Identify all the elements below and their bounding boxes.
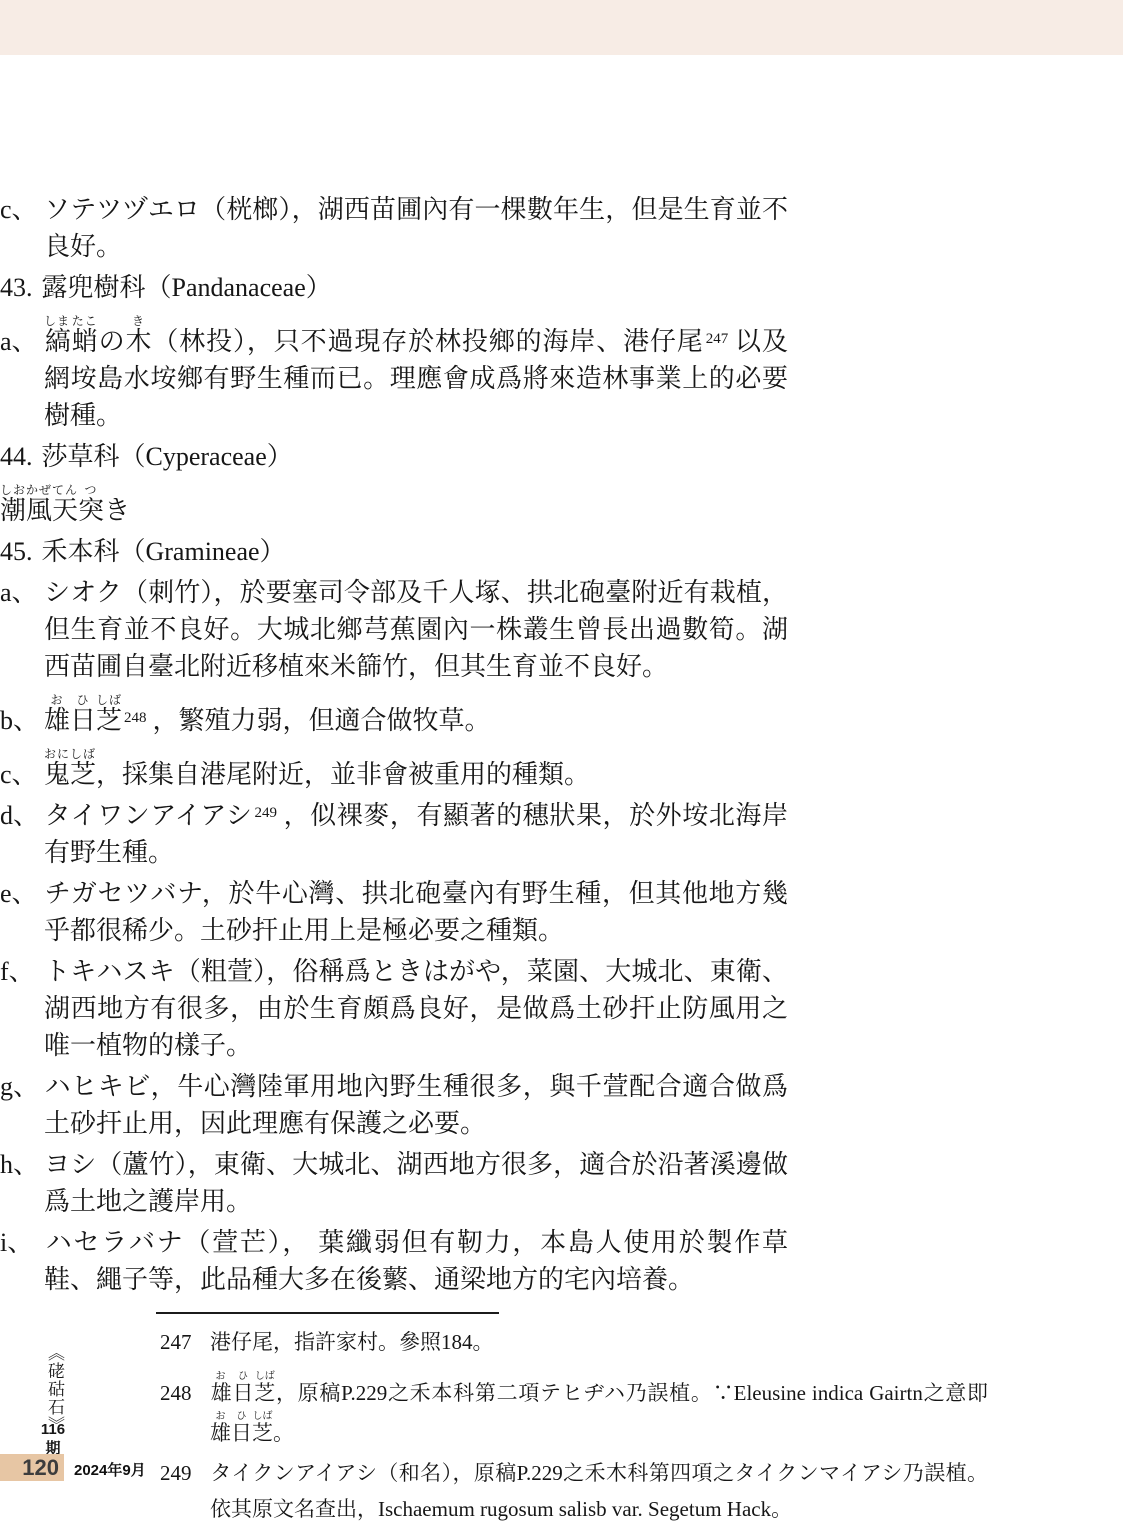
family-heading: 44.莎草科（Cyperaceae） — [0, 438, 1123, 475]
taxon-item: a、シオク（刺竹），於要塞司令部及千人塚、拱北砲臺附近有栽植，但生育並不良好。大… — [0, 574, 788, 685]
item-marker: i、 — [0, 1224, 44, 1261]
text-run: ，原稿P.229之禾本科第二項テヒヂハ乃誤植。∵Eleusine indica … — [276, 1381, 988, 1405]
ruby-annotation: しば — [70, 747, 96, 761]
text-run: ，採集自港尾附近，並非會被重用的種類。 — [96, 760, 590, 789]
item-marker: c、 — [0, 756, 44, 793]
ruby-annotation: ひ — [232, 1371, 253, 1382]
text-run: ソテツヅエロ（桄榔），湖西苗圃內有一棵數年生，但是生育並不良好。 — [44, 195, 788, 261]
text-run: 。 — [273, 1421, 294, 1445]
item-marker: f、 — [0, 953, 44, 990]
text-run: タイクンアイアシ（和名），原稿P.229之禾木科第四項之タイクンマイアシ乃誤植。… — [210, 1461, 988, 1521]
ruby-word: 雄お — [44, 706, 70, 735]
text-run: ハヒキビ，牛心灣陸軍用地內野生種很多，與千萱配合適合做爲土砂扞止用，因此理應有保… — [44, 1072, 788, 1138]
footnote-number: 249 — [160, 1455, 210, 1491]
ruby-annotation: しま — [44, 314, 70, 328]
text-run: ，繁殖力弱，但適合做牧草。 — [153, 706, 491, 735]
ruby-annotation: お — [210, 1371, 231, 1382]
taxon-item: e、チガセツバナ，於牛心灣、拱北砲臺內有野生種，但其他地方幾乎都很稀少。土砂扞止… — [0, 875, 788, 949]
ruby-word: 風かぜ — [26, 496, 52, 525]
text-run: 露兜樹科（Pandanaceae） — [42, 273, 332, 302]
item-marker: a、 — [0, 323, 44, 360]
taxon-item: d、タイワンアイアシ249，似裸麥，有顯著的穗狀果，於外垵北海岸有野生種。 — [0, 797, 788, 871]
ruby-annotation: おに — [44, 747, 70, 761]
item-marker: a、 — [0, 574, 44, 611]
ruby-word: 芝しば — [70, 760, 96, 789]
taxon-item: a、縞しま蛸たこの木き（林投），只不過現存於林投鄉的海岸、港仔尾247以及網垵島… — [0, 310, 788, 434]
ruby-annotation: たこ — [72, 314, 98, 328]
text-run: の — [99, 327, 126, 356]
footnote: 247港仔尾，指許家村。參照184。 — [160, 1324, 988, 1360]
ruby-annotation: つ — [78, 483, 104, 497]
taxon-item: i、ハセラバナ（萱芒）， 葉纖弱但有靭力，本島人使用於製作草鞋、繩子等，此品種大… — [0, 1224, 788, 1298]
ruby-word: 鬼おに — [44, 760, 70, 789]
item-marker: b、 — [0, 702, 44, 739]
footnote-separator — [156, 1312, 499, 1314]
family-heading: 43.露兜樹科（Pandanaceae） — [0, 269, 1123, 306]
decorative-header-band — [0, 0, 1123, 55]
item-marker: 44. — [0, 442, 33, 471]
ruby-word: 雄お — [210, 1381, 232, 1405]
ruby-word: 天てん — [52, 496, 78, 525]
page-number-badge: 120 — [0, 1454, 64, 1481]
ruby-word: 縞しま — [44, 327, 72, 356]
text-run: タイワンアイアシ — [44, 801, 253, 830]
text-run: トキハスキ（粗萱），俗稱爲ときはがや，菜園、大城北、東衛、湖西地方有很多，由於生… — [44, 957, 788, 1060]
page-body: c、ソテツヅエロ（桄榔），湖西苗圃內有一棵數年生，但是生育並不良好。43.露兜樹… — [0, 55, 1123, 1527]
ruby-word: 日ひ — [232, 1381, 254, 1405]
ruby-word: 芝しば — [252, 1421, 273, 1445]
ruby-annotation: ひ — [70, 693, 96, 707]
ruby-word: 日ひ — [231, 1421, 252, 1445]
ruby-word: 芝しば — [254, 1381, 276, 1405]
text-run: き — [104, 496, 130, 525]
ruby-word: 芝しば — [96, 706, 122, 735]
ruby-annotation: お — [44, 693, 70, 707]
footnote-ref: 248 — [124, 710, 147, 726]
ruby-annotation: しば — [252, 1411, 273, 1422]
taxon-item: b、雄お日ひ芝しば248，繁殖力弱，但適合做牧草。 — [0, 689, 788, 739]
taxon-item: 潮しお風かぜ天てん突つき — [0, 479, 1123, 529]
text-run: ハセラバナ（萱芒）， 葉纖弱但有靭力，本島人使用於製作草鞋、繩子等，此品種大多在… — [44, 1228, 788, 1294]
main-text: c、ソテツヅエロ（桄榔），湖西苗圃內有一棵數年生，但是生育並不良好。43.露兜樹… — [0, 55, 1123, 1298]
text-run: シオク（刺竹），於要塞司令部及千人塚、拱北砲臺附近有栽植，但生育並不良好。大城北… — [44, 578, 788, 681]
item-marker: h、 — [0, 1146, 44, 1183]
taxon-item: c、鬼おに芝しば，採集自港尾附近，並非會被重用的種類。 — [0, 743, 788, 793]
family-heading: 45.禾本科（Gramineae） — [0, 533, 1123, 570]
ruby-word: 日ひ — [70, 706, 96, 735]
footnote: 249タイクンアイアシ（和名），原稿P.229之禾木科第四項之タイクンマイアシ乃… — [160, 1455, 988, 1527]
ruby-annotation: しば — [96, 693, 122, 707]
text-run: 港仔尾，指許家村。參照184。 — [210, 1330, 494, 1354]
taxon-item: f、トキハスキ（粗萱），俗稱爲ときはがや，菜園、大城北、東衛、湖西地方有很多，由… — [0, 953, 788, 1064]
footnote: 248雄お日ひ芝しば，原稿P.229之禾本科第二項テヒヂハ乃誤植。∵Eleusi… — [160, 1364, 988, 1451]
item-marker: 45. — [0, 537, 33, 566]
ruby-word: 潮しお — [0, 496, 26, 525]
item-marker: g、 — [0, 1068, 44, 1105]
text-run: ヨシ（蘆竹），東衛、大城北、湖西地方很多，適合於沿著溪邊做爲土地之護岸用。 — [44, 1150, 788, 1216]
text-run: 莎草科（Cyperaceae） — [42, 442, 293, 471]
footnotes: 247港仔尾，指許家村。參照184。248雄お日ひ芝しば，原稿P.229之禾本科… — [0, 1324, 1123, 1527]
ruby-word: 突つ — [78, 496, 104, 525]
footnote-ref: 247 — [706, 331, 729, 347]
footnote-ref: 249 — [255, 805, 278, 821]
taxon-item: g、ハヒキビ，牛心灣陸軍用地內野生種很多，與千萱配合適合做爲土砂扞止用，因此理應… — [0, 1068, 788, 1142]
ruby-annotation: しお — [0, 483, 26, 497]
issue-number: 116 — [38, 1421, 68, 1438]
footnote-number: 247 — [160, 1324, 210, 1360]
issue-date: 2024年9月 — [74, 1459, 146, 1480]
ruby-annotation: ひ — [231, 1411, 252, 1422]
text-run: チガセツバナ，於牛心灣、拱北砲臺內有野生種，但其他地方幾乎都很稀少。土砂扞止用上… — [44, 879, 788, 945]
text-run: （林投），只不過現存於林投鄉的海岸、港仔尾 — [152, 327, 703, 356]
text-run: 禾本科（Gramineae） — [42, 537, 286, 566]
ruby-annotation: しば — [254, 1371, 275, 1382]
ruby-annotation: き — [126, 314, 152, 328]
ruby-annotation: かぜ — [26, 483, 52, 497]
ruby-word: 蛸たこ — [72, 327, 99, 356]
item-marker: c、 — [0, 191, 44, 228]
ruby-word: 雄お — [210, 1421, 231, 1445]
taxon-item: h、ヨシ（蘆竹），東衛、大城北、湖西地方很多，適合於沿著溪邊做爲土地之護岸用。 — [0, 1146, 788, 1220]
item-marker: 43. — [0, 273, 33, 302]
item-marker: d、 — [0, 797, 44, 834]
ruby-annotation: お — [210, 1411, 231, 1422]
footnote-number: 248 — [160, 1375, 210, 1411]
taxon-item: c、ソテツヅエロ（桄榔），湖西苗圃內有一棵數年生，但是生育並不良好。 — [0, 191, 788, 265]
item-marker: e、 — [0, 875, 44, 912]
ruby-annotation: てん — [52, 483, 78, 497]
ruby-word: 木き — [126, 327, 153, 356]
